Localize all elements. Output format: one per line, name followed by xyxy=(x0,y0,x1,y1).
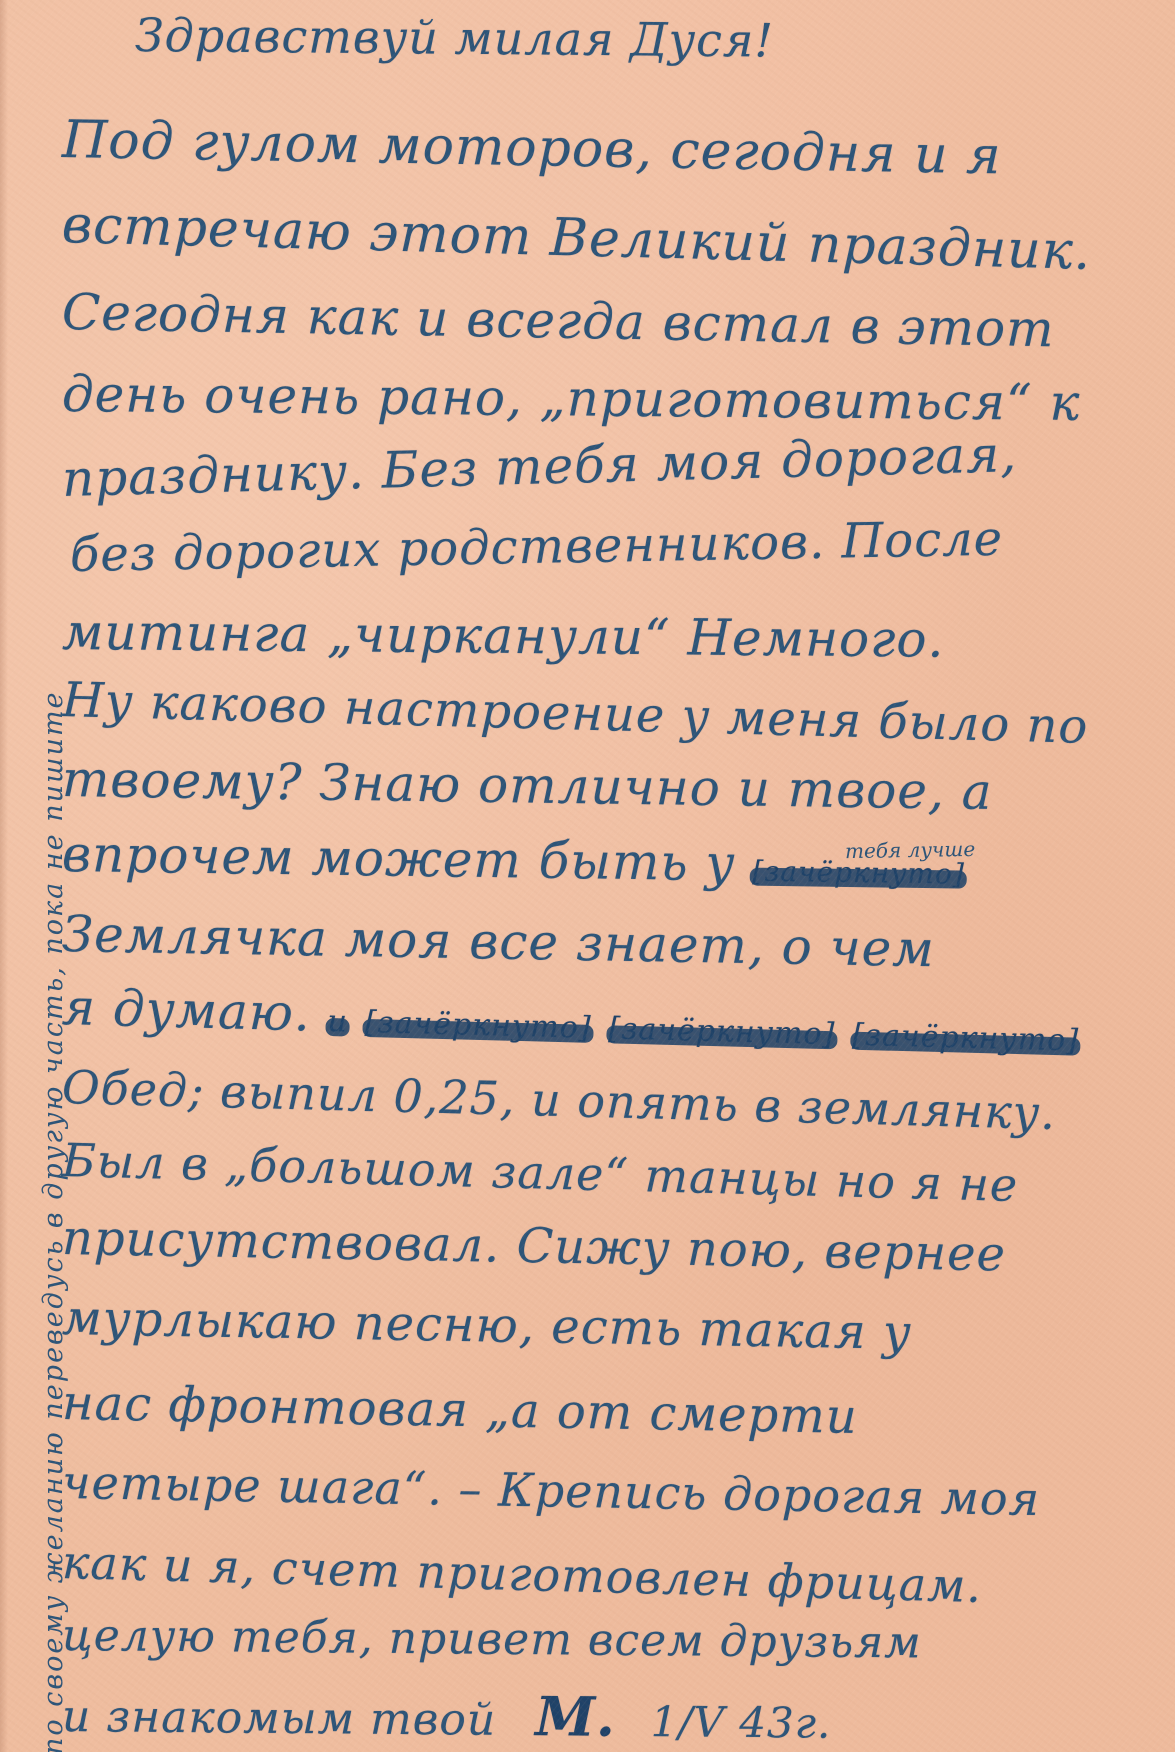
letter-line-18: четыре шага“. – Крепись дорогая моя xyxy=(62,1455,1041,1526)
postcard-paper: Здравствуй милая Дуся! Под гулом моторов… xyxy=(0,0,1175,1752)
scan-border xyxy=(0,1752,1175,1760)
crossed-out-word: [зачёркнуто] xyxy=(852,1018,1080,1059)
letter-line-2: встречаю этот Великий праздник. xyxy=(61,195,1092,282)
letter-line-14: Был в „большом зале“ танцы но я не xyxy=(61,1133,1019,1212)
letter-line-12-text: я думаю. xyxy=(61,978,311,1042)
letter-line-20: целую тебя, привет всем друзьям xyxy=(62,1610,922,1669)
letter-line-12: я думаю. и [зачёркнуто] [зачёркнуто] [за… xyxy=(61,978,1080,1063)
crossed-out-word: [зачёркнуто] xyxy=(364,1005,592,1046)
signature: М. xyxy=(535,1684,616,1749)
letter-date: 1/V 43г. xyxy=(651,1697,832,1748)
letter-line-3: Сегодня как и всегда встал в этот xyxy=(61,283,1055,358)
letter-line-7: митинга „чирканули“ Немного. xyxy=(62,603,945,669)
paper-edge xyxy=(0,0,8,1752)
letter-line-4-text: день очень рано, „приготовиться“ к xyxy=(62,365,1081,432)
letter-line-5: празднику. Без тебя моя дорогая, xyxy=(61,425,1018,508)
letter-line-15: присутствовал. Сижу пою, вернее xyxy=(62,1210,1007,1282)
crossed-out-word: и xyxy=(327,1004,348,1040)
letter-line-11: Землячка моя все знает, о чем xyxy=(61,905,935,978)
closing-text: и знакомым твой xyxy=(62,1691,497,1746)
letter-line-16: мурлыкаю песню, есть такая у xyxy=(62,1290,913,1361)
letter-line-4: день очень рано, „приготовиться“ к xyxy=(62,365,1081,432)
letter-closing-line: и знакомым твой М. 1/V 43г. xyxy=(62,1680,832,1751)
letter-line-6: без дорогих родственников. После xyxy=(70,511,1004,583)
crossed-out-word: [зачёркнуто] xyxy=(608,1011,836,1052)
letter-line-13: Обед; выпил 0,25, и опять в землянку. xyxy=(61,1060,1056,1140)
vertical-margin-note: по своему желанию переведусь в другую ча… xyxy=(38,690,69,1752)
crossed-out-word: [зачёркнуто] xyxy=(752,855,965,891)
letter-line-1: Под гулом моторов, сегодня и я xyxy=(61,110,1002,186)
letter-line-10: впрочем может быть у [зачёркнуто] xyxy=(62,825,966,896)
greeting: Здравствуй милая Дуся! xyxy=(135,8,774,68)
letter-line-8: Ну каково настроение у меня было по xyxy=(61,672,1089,755)
letter-line-10-text: впрочем может быть у xyxy=(62,825,736,892)
letter-line-9: твоему? Знаю отлично и твое, а xyxy=(62,750,993,821)
letter-line-17: нас фронтовая „а от смерти xyxy=(62,1375,859,1445)
letter-line-19: как и я, счет приготовлен фрицам. xyxy=(61,1535,982,1613)
